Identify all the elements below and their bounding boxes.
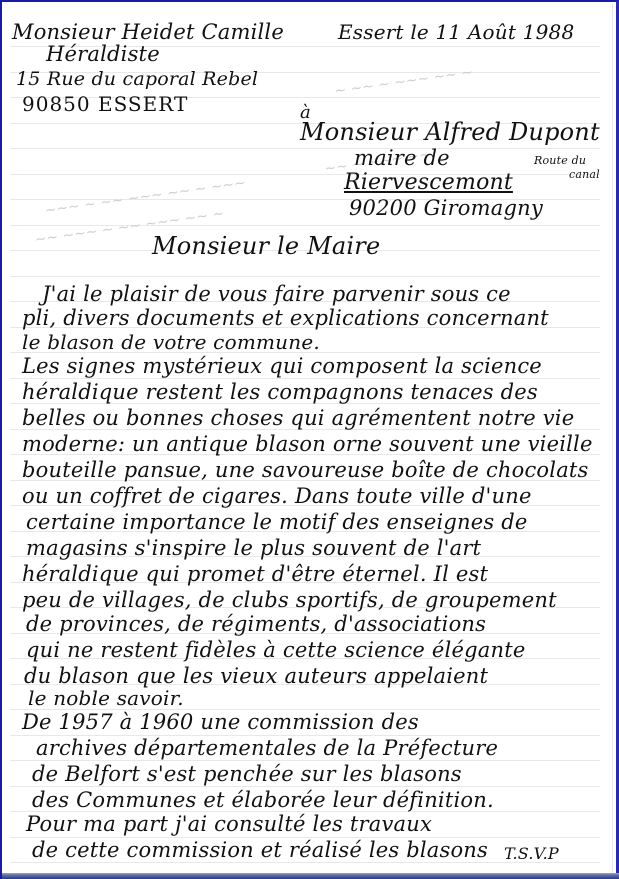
body-line: moderne: un antique blason orne souvent … bbox=[22, 432, 593, 456]
body-line: des Communes et élaborée leur définition… bbox=[32, 788, 494, 812]
body-line: ou un coffret de cigares. Dans toute vil… bbox=[22, 484, 532, 508]
letter-page: ~ ~~ ~ ~~~ ~~ ~ ~~ ~ ~~~ ~~ ~~~ ~ ~~ ~~~… bbox=[4, 4, 612, 875]
body-line: J'ai le plaisir de vous faire parvenir s… bbox=[42, 282, 511, 306]
body-line: le noble savoir. bbox=[28, 686, 184, 710]
bleed-through: ~ ~~ ~ ~~~ ~~ ~ bbox=[334, 64, 474, 99]
body-line: certaine importance le motif des enseign… bbox=[26, 510, 528, 534]
body-line: bouteille pansue, une savoureuse boîte d… bbox=[22, 458, 589, 482]
recipient-commune: Riervescemont bbox=[344, 170, 513, 195]
body-line: héraldique restent les compagnons tenace… bbox=[22, 380, 538, 404]
ruled-line bbox=[10, 276, 600, 277]
recipient-street-note: Route du bbox=[534, 154, 586, 167]
sender-street: 15 Rue du caporal Rebel bbox=[16, 68, 258, 90]
sender-title: Héraldiste bbox=[46, 42, 160, 66]
body-line: de cette commission et réalisé les blaso… bbox=[32, 838, 488, 862]
salutation: Monsieur le Maire bbox=[152, 232, 380, 260]
body-line: Pour ma part j'ai consulté les travaux bbox=[26, 812, 432, 836]
body-line: du blason que les vieux auteurs appelaie… bbox=[24, 664, 488, 688]
body-line: pli, divers documents et explications co… bbox=[22, 306, 549, 330]
body-line: héraldique qui promet d'être éternel. Il… bbox=[22, 562, 488, 586]
recipient-street-note-2: canal bbox=[569, 168, 600, 181]
ruled-line bbox=[10, 760, 600, 761]
recipient-city: 90200 Giromagny bbox=[349, 196, 543, 220]
footer-note: T.S.V.P bbox=[504, 844, 559, 863]
body-line: de provinces, de régiments, d'associatio… bbox=[26, 612, 486, 636]
recipient-name: Monsieur Alfred Dupont bbox=[300, 118, 600, 146]
body-line: belles ou bonnes choses qui agrémentent … bbox=[22, 406, 574, 430]
body-line: peu de villages, de clubs sportifs, de g… bbox=[22, 588, 557, 612]
ruled-line bbox=[10, 148, 600, 149]
ruled-line bbox=[10, 378, 600, 379]
body-line: le blason de votre commune. bbox=[22, 330, 320, 354]
document-frame: ~ ~~ ~ ~~~ ~~ ~ ~~ ~ ~~~ ~~ ~~~ ~ ~~ ~~~… bbox=[0, 0, 619, 879]
body-line: De 1957 à 1960 une commission des bbox=[22, 710, 419, 734]
body-line: archives départementales de la Préfectur… bbox=[36, 736, 498, 760]
body-line: magasins s'inspire le plus souvent de l'… bbox=[26, 536, 481, 560]
recipient-role: maire de bbox=[354, 146, 450, 170]
sender-city: 90850 ESSERT bbox=[22, 92, 188, 116]
frame-bottom-edge bbox=[2, 873, 619, 879]
body-line: Les signes mystérieux qui composent la s… bbox=[22, 354, 542, 378]
body-line: de Belfort s'est penchée sur les blasons bbox=[32, 762, 462, 786]
sender-name: Monsieur Heidet Camille bbox=[12, 20, 284, 44]
letter-date: Essert le 11 Août 1988 bbox=[338, 20, 574, 44]
ruled-line bbox=[10, 786, 600, 787]
body-line: qui ne restent fidèles à cette science é… bbox=[26, 638, 525, 662]
